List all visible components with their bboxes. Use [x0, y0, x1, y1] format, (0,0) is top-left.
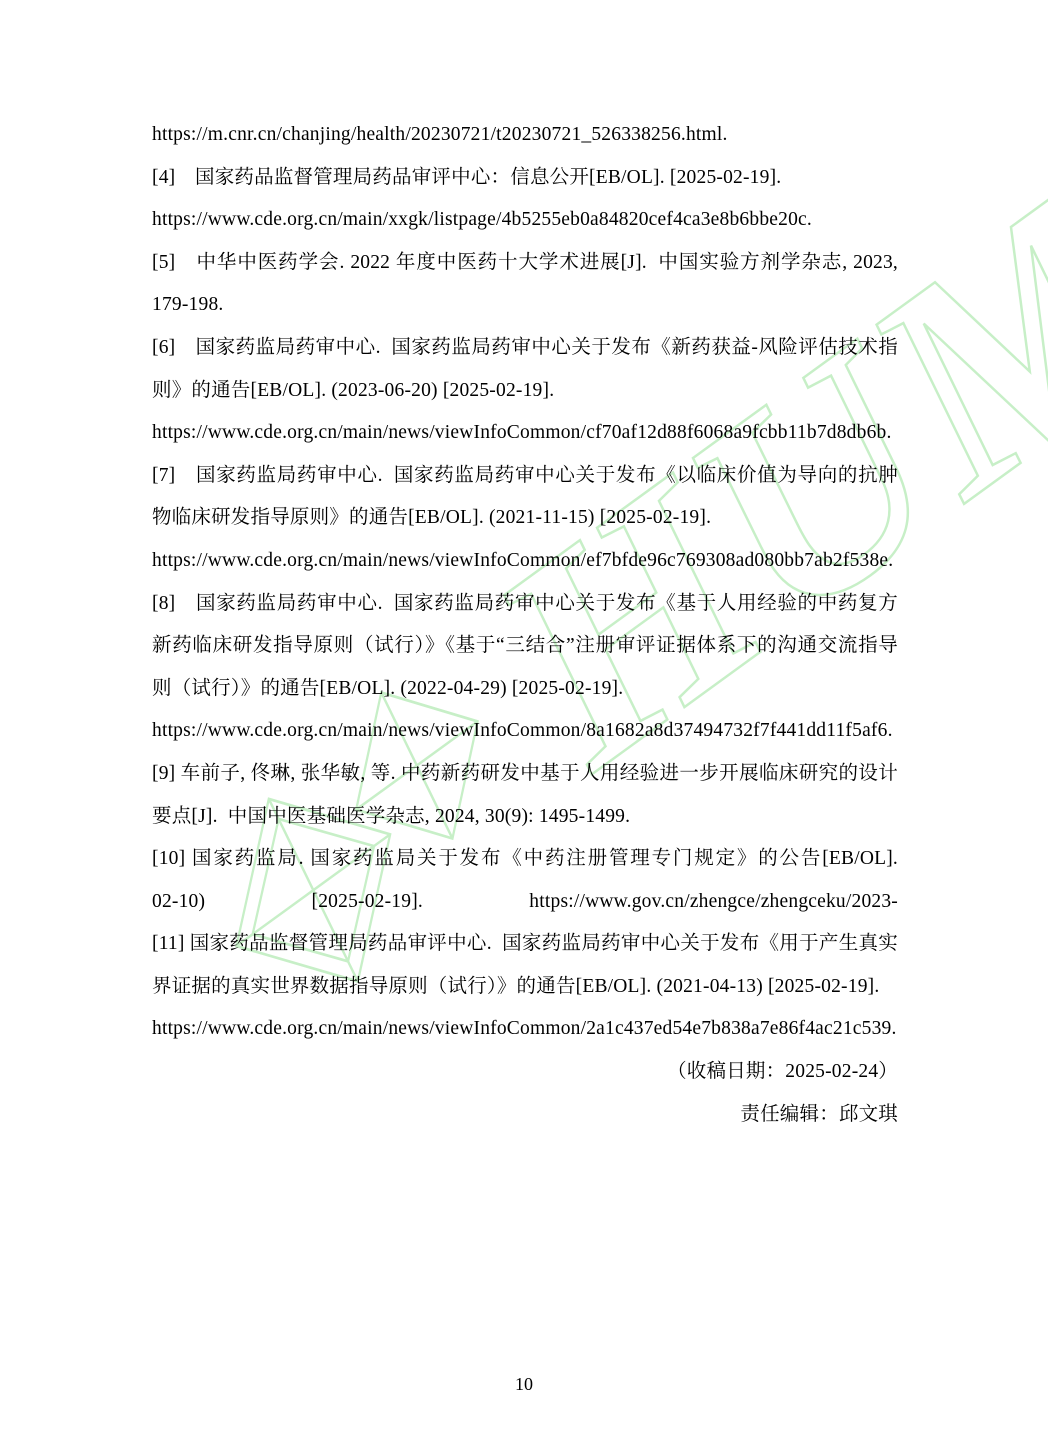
reference-line: 则》的通告[EB/OL]. (2023-06-20) [2025-02-19].: [152, 370, 898, 413]
reference-line: 新药临床研发指导原则（试行）》《基于“三结合”注册审评证据体系下的沟通交流指导原: [152, 625, 898, 668]
reference-line: [10] 国家药监局. 国家药监局关于发布《中药注册管理专门规定》的公告[EB/…: [152, 838, 898, 881]
reference-line: https://m.cnr.cn/chanjing/health/2023072…: [152, 114, 898, 157]
reference-line: 界证据的真实世界数据指导原则（试行）》的通告[EB/OL]. (2021-04-…: [152, 966, 898, 1009]
reference-line: https://www.cde.org.cn/main/news/viewInf…: [152, 540, 898, 583]
document-page: HUM https://m.cnr.cn/chanjing/health/202…: [0, 0, 1048, 1456]
page-number: 10: [0, 1372, 1048, 1396]
reference-line: [6] 国家药监局药审中心. 国家药监局药审中心关于发布《新药获益-风险评估技术…: [152, 327, 898, 370]
reference-line: （收稿日期：2025-02-24）: [152, 1051, 898, 1094]
references-list: https://m.cnr.cn/chanjing/health/2023072…: [152, 114, 898, 1136]
reference-line: 则（试行）》的通告[EB/OL]. (2022-04-29) [2025-02-…: [152, 668, 898, 711]
reference-line: 179-198.: [152, 284, 898, 327]
reference-line: [11] 国家药品监督管理局药品审评中心. 国家药监局药审中心关于发布《用于产生…: [152, 923, 898, 966]
reference-line: [9] 车前子, 佟琳, 张华敏, 等. 中药新药研发中基于人用经验进一步开展临…: [152, 753, 898, 796]
reference-line: 物临床研发指导原则》的通告[EB/OL]. (2021-11-15) [2025…: [152, 497, 898, 540]
reference-line: 02-10) [2025-02-19]. https://www.gov.cn/…: [152, 881, 898, 924]
reference-line: https://www.cde.org.cn/main/news/viewInf…: [152, 710, 898, 753]
reference-line: [7] 国家药监局药审中心. 国家药监局药审中心关于发布《以临床价值为导向的抗肿…: [152, 455, 898, 498]
reference-line: [4] 国家药品监督管理局药品审评中心：信息公开[EB/OL]. [2025-0…: [152, 157, 898, 200]
reference-line: 要点[J]. 中国中医基础医学杂志, 2024, 30(9): 1495-149…: [152, 796, 898, 839]
reference-line: [8] 国家药监局药审中心. 国家药监局药审中心关于发布《基于人用经验的中药复方…: [152, 583, 898, 626]
reference-line: https://www.cde.org.cn/main/news/viewInf…: [152, 1008, 898, 1051]
reference-line: 责任编辑：邱文琪: [152, 1094, 898, 1137]
reference-line: https://www.cde.org.cn/main/news/viewInf…: [152, 412, 898, 455]
reference-line: [5] 中华中医药学会. 2022 年度中医药十大学术进展[J]. 中国实验方剂…: [152, 242, 898, 285]
reference-line: https://www.cde.org.cn/main/xxgk/listpag…: [152, 199, 898, 242]
